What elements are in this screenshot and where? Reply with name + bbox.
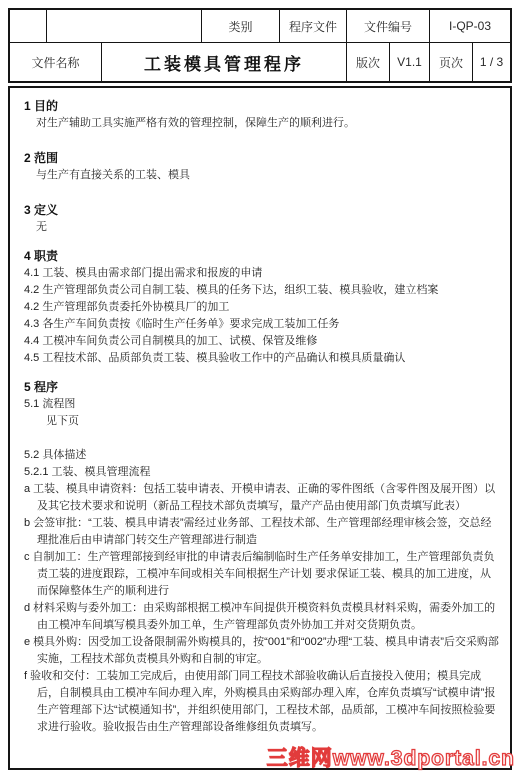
procedure-item-e: e 模具外购：因受加工设备限制需外购模具的，按“001”和“002”办理“工装、… [24, 634, 502, 668]
section-heading-responsibility: 4 职责 [24, 248, 502, 265]
document-title: 工装模具管理程序 [102, 43, 347, 81]
header-row-1: 类别 程序文件 文件编号 I-QP-03 [10, 10, 510, 43]
document-page: 类别 程序文件 文件编号 I-QP-03 文件名称 工装模具管理程序 版次 V1… [0, 0, 520, 772]
header-row-2: 文件名称 工装模具管理程序 版次 V1.1 页次 1 / 3 [10, 43, 510, 81]
section-heading-purpose: 1 目的 [24, 98, 502, 115]
section-heading-scope: 2 范围 [24, 150, 502, 167]
doc-number-value: I-QP-03 [430, 10, 510, 42]
body-line: 4.2 生产管理部负责公司自制工装、模具的任务下达，组织工装、模具验收，建立档案 [24, 282, 502, 299]
page-value: 1 / 3 [473, 43, 510, 81]
version-value: V1.1 [390, 43, 430, 81]
body-paragraph: 对生产辅助工具实施严格有效的管理控制，保障生产的顺利进行。 [24, 115, 502, 132]
procedure-item-a: a 工装、模具申请资料：包括工装申请表、开模申请表、正确的零件图纸（含零件图及展… [24, 481, 502, 515]
logo-cell-wide [47, 10, 202, 42]
procedure-item-b: b 会签审批：“工装、模具申请表”需经过业务部、工程技术部、生产管理部经理审核会… [24, 515, 502, 549]
body-line: 5.2 具体描述 [24, 447, 502, 464]
body-line: 4.1 工装、模具由需求部门提出需求和报废的申请 [24, 265, 502, 282]
procedure-item-d: d 材料采购与委外加工：由采购部根据工模冲车间提供开模资料负责模具材料采购，需委… [24, 600, 502, 634]
header-table: 类别 程序文件 文件编号 I-QP-03 文件名称 工装模具管理程序 版次 V1… [8, 8, 512, 83]
logo-cell-small [10, 10, 47, 42]
doc-name-label: 文件名称 [10, 43, 102, 81]
section-heading-definition: 3 定义 [24, 202, 502, 219]
doc-number-label: 文件编号 [347, 10, 430, 42]
category-value: 程序文件 [280, 10, 347, 42]
body-paragraph: 与生产有直接关系的工装、模具 [24, 167, 502, 184]
body-line: 4.5 工程技术部、品质部负责工装、模具验收工作中的产品确认和模具质量确认 [24, 350, 502, 367]
category-label: 类别 [202, 10, 280, 42]
document-body: 1 目的 对生产辅助工具实施严格有效的管理控制，保障生产的顺利进行。 2 范围 … [8, 86, 512, 770]
body-paragraph: 无 [24, 219, 502, 236]
body-line: 4.2 生产管理部负责委托外协模具厂的加工 [24, 299, 502, 316]
body-line: 4.4 工模冲车间负责公司自制模具的加工、试模、保管及维修 [24, 333, 502, 350]
body-line: 5.2.1 工装、模具管理流程 [24, 464, 502, 481]
site-watermark: 三维网www.3dportal.cn [267, 742, 515, 772]
version-label: 版次 [347, 43, 390, 81]
body-line-indented: 见下页 [24, 413, 502, 430]
page-label: 页次 [430, 43, 473, 81]
body-line: 5.1 流程图 [24, 396, 502, 413]
body-line: 4.3 各生产车间负责按《临时生产任务单》要求完成工装加工任务 [24, 316, 502, 333]
procedure-item-c: c 自制加工：生产管理部接到经审批的申请表后编制临时生产任务单安排加工，生产管理… [24, 549, 502, 600]
procedure-item-f: f 验收和交付：工装加工完成后，由使用部门同工程技术部验收确认后直接投入使用；模… [24, 668, 502, 736]
section-heading-procedure: 5 程序 [24, 379, 502, 396]
